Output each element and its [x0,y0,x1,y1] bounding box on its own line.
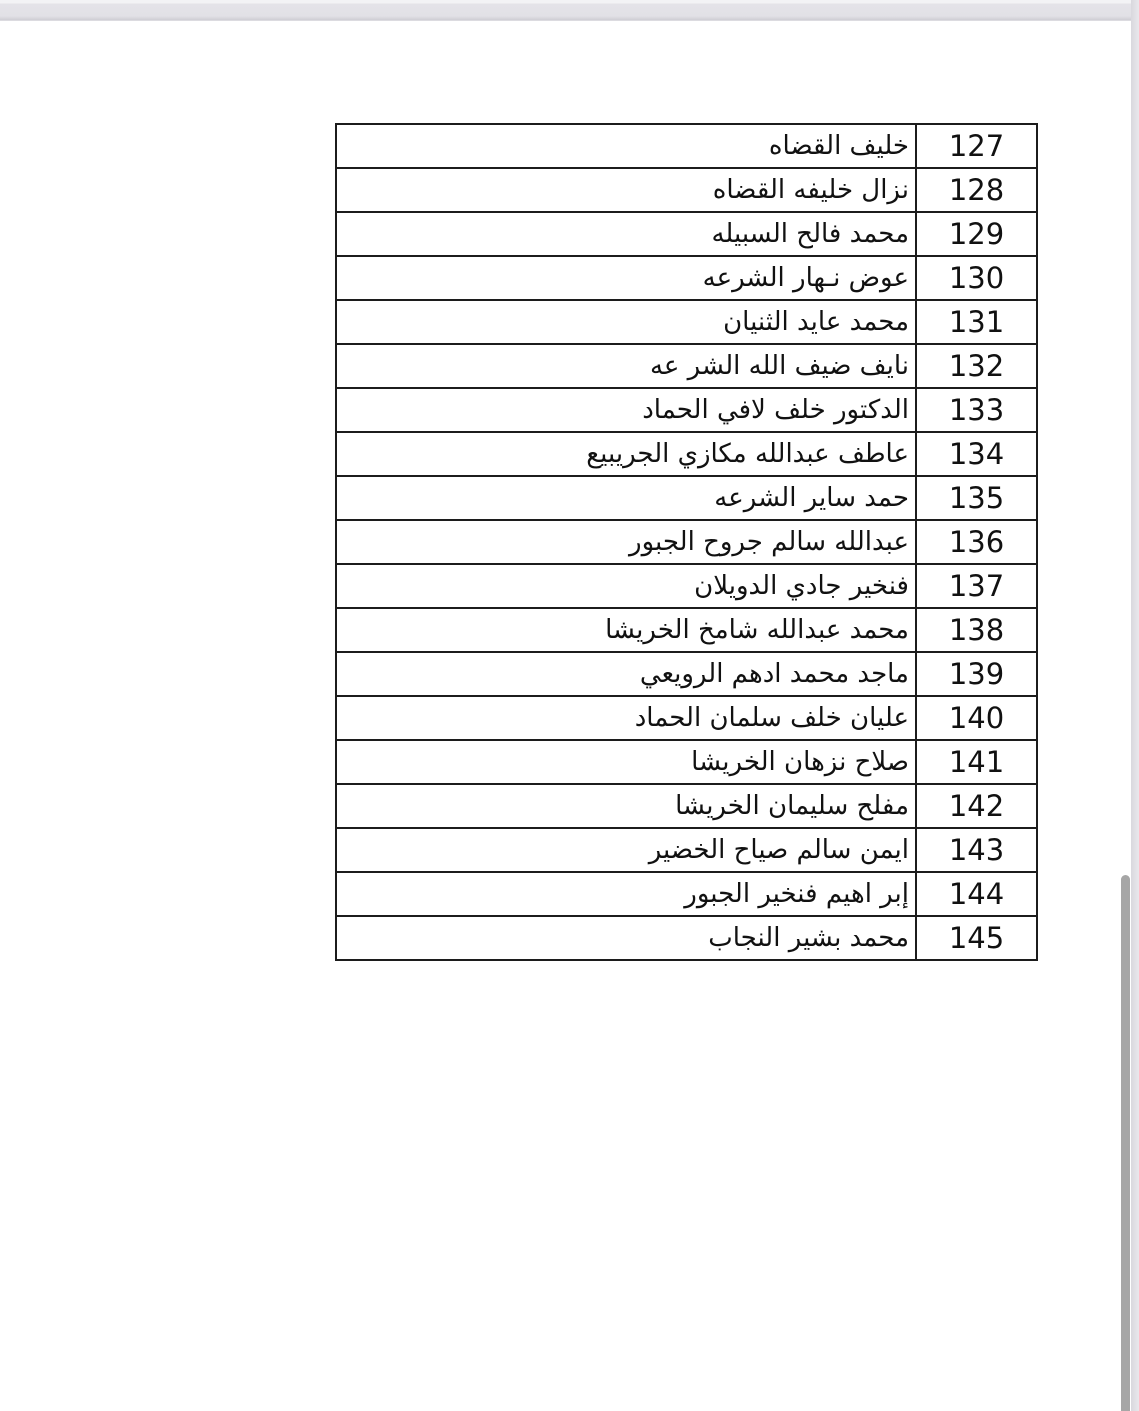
row-name: عبدالله سالم جروح الجبور [336,520,916,564]
table-row: 142 مفلح سليمان الخريشا [336,784,1037,828]
row-number: 131 [916,300,1037,344]
row-number: 130 [916,256,1037,300]
row-name: صلاح نزهان الخريشا [336,740,916,784]
row-name: فنخير جادي الدويلان [336,564,916,608]
row-name: ايمن سالم صياح الخضير [336,828,916,872]
row-number: 129 [916,212,1037,256]
table-row: 138 محمد عبدالله شامخ الخريشا [336,608,1037,652]
names-table-body: 127 خليف القضاه 128 نزال خليفه القضاه 12… [336,124,1037,960]
row-name: محمد بشير النجاب [336,916,916,960]
table-row: 130 عوض نـهار الشرعه [336,256,1037,300]
row-number: 139 [916,652,1037,696]
table-row: 129 محمد فالح السبيله [336,212,1037,256]
table-row: 135 حمد ساير الشرعه [336,476,1037,520]
row-name: مفلح سليمان الخريشا [336,784,916,828]
row-number: 144 [916,872,1037,916]
row-name: عليان خلف سلمان الحماد [336,696,916,740]
table-row: 132 نايف ضيف الله الشر عه [336,344,1037,388]
row-number: 140 [916,696,1037,740]
table-row: 143 ايمن سالم صياح الخضير [336,828,1037,872]
row-number: 133 [916,388,1037,432]
table-row: 141 صلاح نزهان الخريشا [336,740,1037,784]
table-row: 131 محمد عايد الثنيان [336,300,1037,344]
row-name: خليف القضاه [336,124,916,168]
row-name: حمد ساير الشرعه [336,476,916,520]
row-number: 128 [916,168,1037,212]
table-row: 127 خليف القضاه [336,124,1037,168]
row-number: 137 [916,564,1037,608]
table-row: 128 نزال خليفه القضاه [336,168,1037,212]
table-row: 133 الدكتور خلف لافي الحماد [336,388,1037,432]
row-name: محمد عبدالله شامخ الخريشا [336,608,916,652]
names-table: 127 خليف القضاه 128 نزال خليفه القضاه 12… [335,123,1038,961]
row-number: 141 [916,740,1037,784]
table-row: 139 ماجد محمد ادهم الرويعي [336,652,1037,696]
viewer-top-bar [0,0,1139,21]
row-name: نزال خليفه القضاه [336,168,916,212]
row-name: عاطف عبدالله مكازي الجريبيع [336,432,916,476]
row-number: 145 [916,916,1037,960]
row-number: 136 [916,520,1037,564]
table-row: 134 عاطف عبدالله مكازي الجريبيع [336,432,1037,476]
row-number: 134 [916,432,1037,476]
row-name: نايف ضيف الله الشر عه [336,344,916,388]
table-row: 137 فنخير جادي الدويلان [336,564,1037,608]
row-number: 138 [916,608,1037,652]
row-name: الدكتور خلف لافي الحماد [336,388,916,432]
table-row: 140 عليان خلف سلمان الحماد [336,696,1037,740]
row-number: 142 [916,784,1037,828]
row-number: 143 [916,828,1037,872]
row-name: محمد عايد الثنيان [336,300,916,344]
table-row: 136 عبدالله سالم جروح الجبور [336,520,1037,564]
row-number: 135 [916,476,1037,520]
row-name: ماجد محمد ادهم الرويعي [336,652,916,696]
row-number: 127 [916,124,1037,168]
row-name: إبر اهيم فنخير الجبور [336,872,916,916]
table-row: 145 محمد بشير النجاب [336,916,1037,960]
page-right-edge [1131,0,1139,1411]
row-number: 132 [916,344,1037,388]
row-name: محمد فالح السبيله [336,212,916,256]
document-viewer: 127 خليف القضاه 128 نزال خليفه القضاه 12… [0,0,1139,1411]
vertical-scrollbar-thumb[interactable] [1121,875,1130,1411]
table-row: 144 إبر اهيم فنخير الجبور [336,872,1037,916]
row-name: عوض نـهار الشرعه [336,256,916,300]
